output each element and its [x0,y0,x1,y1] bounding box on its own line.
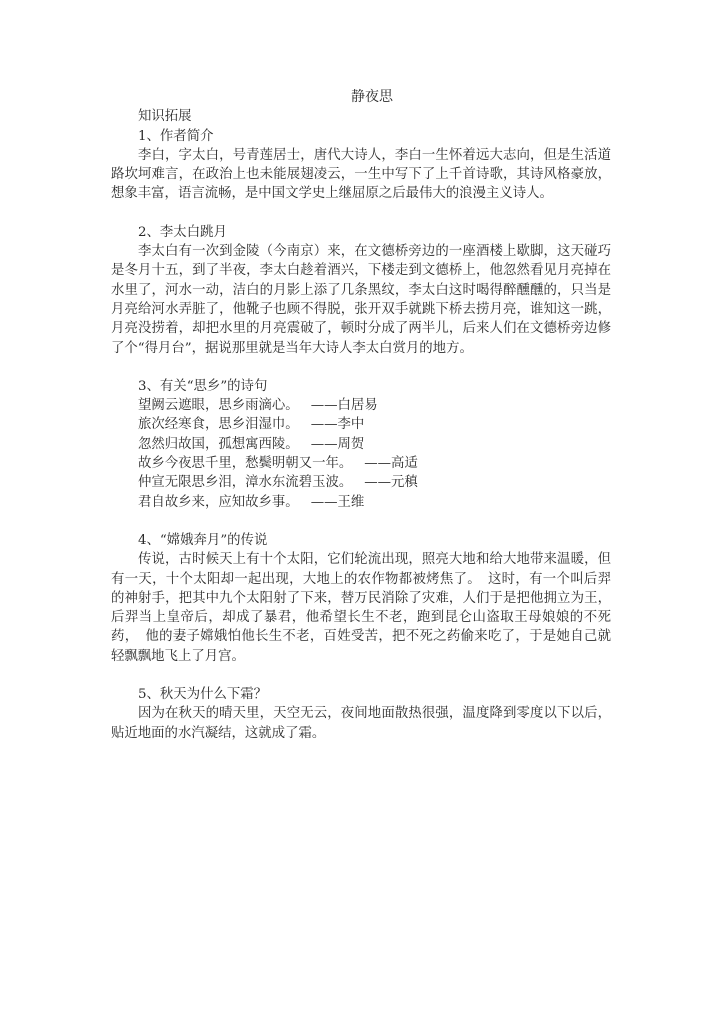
section-heading: 1、作者简介 [111,127,611,146]
section-body: 李太白有一次到金陵（今南京）来，在文德桥旁边的一座酒楼上歇脚，这天碰巧是冬月十五… [111,242,611,358]
document-page: 静夜思 知识拓展 1、作者简介 李白，字太白，号青莲居士，唐代大诗人，李白一生怀… [111,88,611,743]
poem-list: 望阙云遮眼，思乡雨滴心。——白居易 旅次经寒食，思乡泪湿巾。——李中 忽然归故国… [111,396,611,512]
page-title: 静夜思 [111,88,611,107]
poem-text: 旅次经寒食，思乡泪湿巾。 [138,417,299,432]
poem-author: ——高适 [364,456,418,471]
poem-author: ——王维 [311,495,365,510]
poem-line: 君自故乡来，应知故乡事。——王维 [138,493,611,512]
poem-text: 望阙云遮眼，思乡雨滴心。 [138,398,299,413]
poem-text: 仲宣无限思乡泪，漳水东流碧玉波。 [138,475,352,490]
poem-line: 旅次经寒食，思乡泪湿巾。——李中 [138,415,611,434]
section-body: 李白，字太白，号青莲居士，唐代大诗人，李白一生怀着远大志向，但是生活道路坎坷难言… [111,146,611,204]
section-heading: 3、有关“思乡”的诗句 [111,377,611,396]
poem-author: ——元稹 [364,475,418,490]
section-body: 因为在秋天的晴天里，天空无云，夜间地面散热很强，温度降到零度以下以后，贴近地面的… [111,704,611,743]
section-body: 传说，古时候天上有十个太阳，它们轮流出现，照亮大地和给大地带来温暖，但有一天，十… [111,550,611,666]
poem-text: 忽然归故国，孤想寓西陵。 [138,437,299,452]
section-heading: 5、秋天为什么下霜？ [111,685,611,704]
poem-author: ——周贺 [311,437,365,452]
poem-line: 忽然归故国，孤想寓西陵。——周贺 [138,435,611,454]
section-heading: 2、李太白跳月 [111,223,611,242]
poem-author: ——白居易 [311,398,378,413]
poem-line: 故乡今夜思千里，愁鬓明朝又一年。——高适 [138,454,611,473]
poem-line: 望阙云遮眼，思乡雨滴心。——白居易 [138,396,611,415]
poem-text: 君自故乡来，应知故乡事。 [138,495,299,510]
poem-line: 仲宣无限思乡泪，漳水东流碧玉波。——元稹 [138,473,611,492]
subtitle: 知识拓展 [111,107,611,126]
section-heading: 4、“嫦娥奔月”的传说 [111,531,611,550]
poem-author: ——李中 [311,417,365,432]
poem-text: 故乡今夜思千里，愁鬓明朝又一年。 [138,456,352,471]
